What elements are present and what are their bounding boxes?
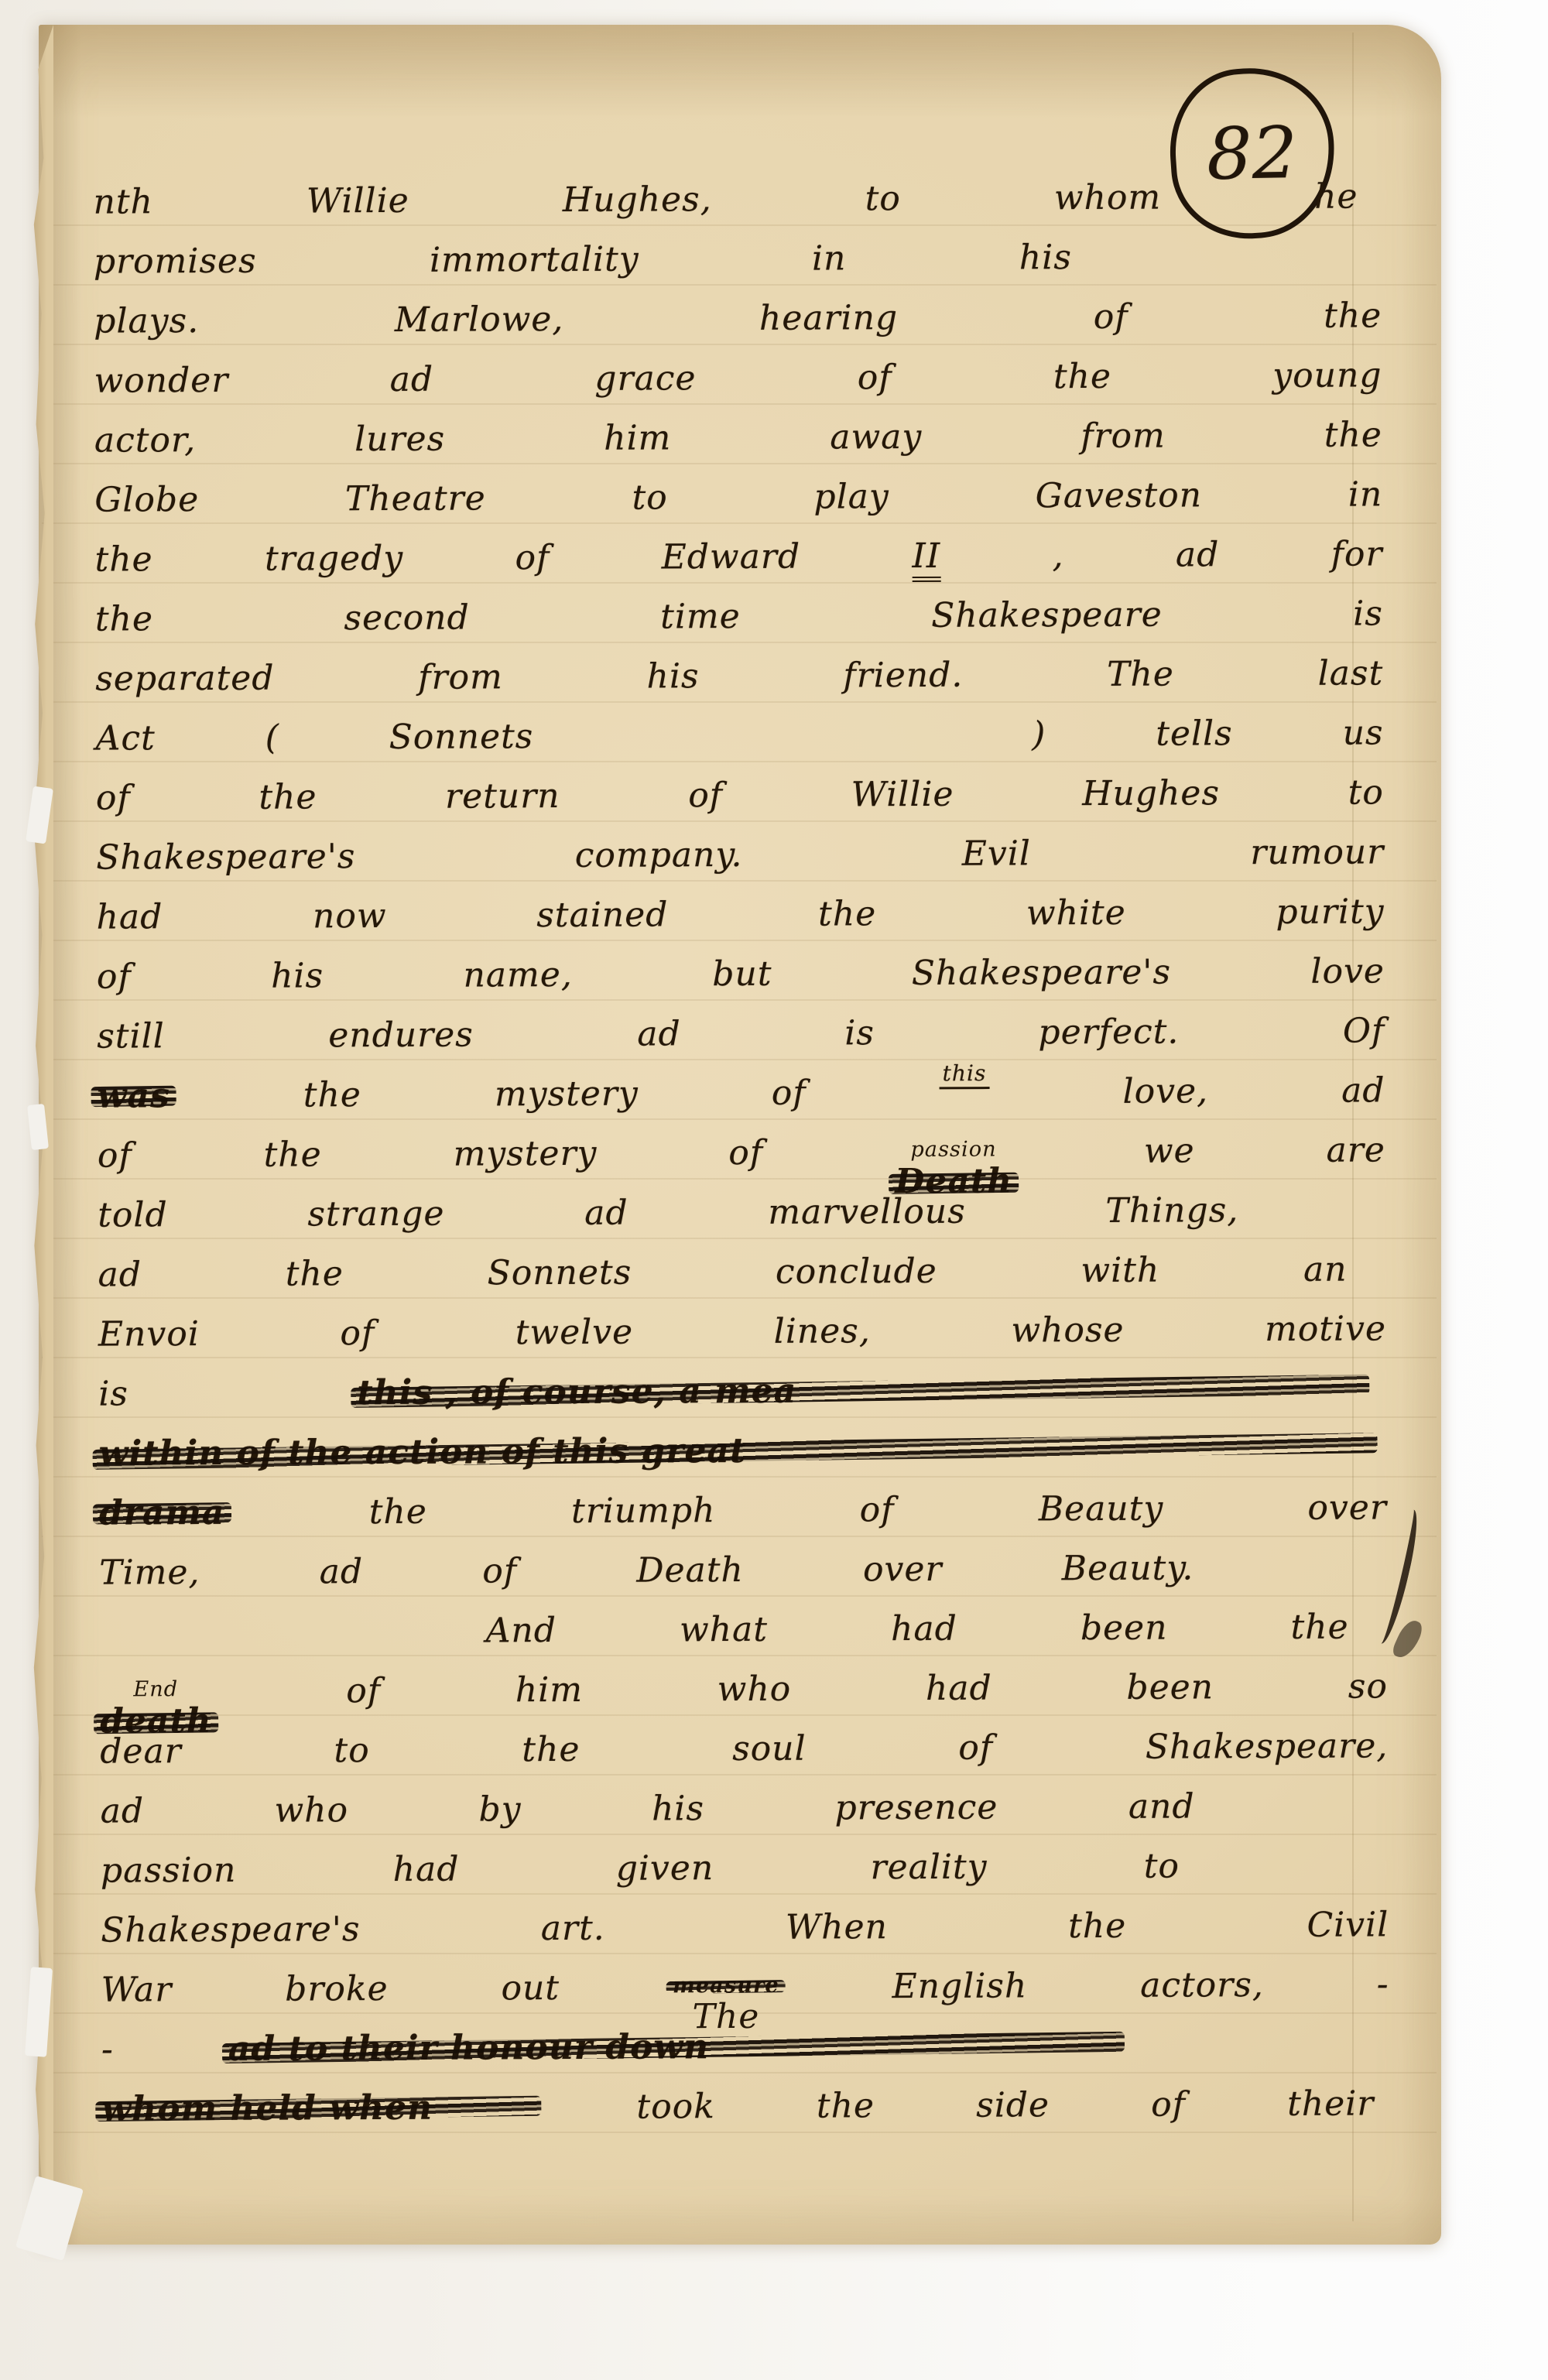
word: friend. bbox=[843, 656, 963, 696]
word: he bbox=[1314, 177, 1358, 217]
word: young bbox=[1272, 355, 1382, 396]
manuscript-line: deartothesoulofShakespeare, bbox=[92, 1726, 1396, 1791]
word: the bbox=[286, 1254, 344, 1293]
ink-blot bbox=[1391, 1617, 1426, 1662]
word: Shakespeare's bbox=[101, 1909, 360, 1950]
spacer bbox=[643, 745, 922, 748]
word: nth bbox=[93, 182, 153, 221]
word: to bbox=[1144, 1847, 1180, 1886]
manuscript-line: Time,adofDeathoverBeauty. bbox=[91, 1547, 1395, 1612]
word: whom held when bbox=[101, 2087, 535, 2128]
word: who bbox=[717, 1669, 792, 1709]
word: time bbox=[660, 597, 741, 636]
word: Things, bbox=[1105, 1190, 1238, 1231]
manuscript-line: Envoioftwelvelines,whosemotive bbox=[91, 1309, 1394, 1374]
manuscript-line: Act(Sonnets)tellsus bbox=[87, 713, 1391, 778]
scanned-manuscript-page: 82 nthWillieHughes,towhomhepromisesimmor… bbox=[0, 0, 1548, 2380]
manuscript-line: thetragedyofEdwardII,adfor bbox=[87, 534, 1390, 599]
manuscript-line: passionhadgivenrealityto bbox=[93, 1845, 1396, 1910]
revision-top: passion bbox=[910, 1139, 997, 1162]
word: of bbox=[858, 358, 892, 397]
word: separated bbox=[95, 659, 274, 699]
word: him bbox=[515, 1670, 583, 1710]
manuscript-line: adtheSonnetsconcludewithan bbox=[91, 1249, 1394, 1314]
manuscript-line: hadnowstainedthewhitepurity bbox=[88, 892, 1392, 957]
word: Sonnets bbox=[389, 717, 534, 757]
word: the bbox=[303, 1075, 361, 1115]
word: lines, bbox=[774, 1311, 871, 1351]
word: of bbox=[1094, 297, 1128, 337]
word: the bbox=[1324, 296, 1382, 335]
word: Shakespeare, bbox=[1146, 1726, 1389, 1766]
manuscript-line: -ad to their honour down bbox=[94, 2024, 1397, 2089]
word: of bbox=[958, 1728, 993, 1768]
word: his bbox=[646, 656, 699, 696]
manuscript-line: thesecondtimeShakespeareis bbox=[87, 594, 1391, 659]
word: Death bbox=[636, 1550, 744, 1591]
word: their bbox=[1287, 2084, 1374, 2123]
word: had bbox=[926, 1669, 992, 1708]
word: actor, bbox=[94, 420, 196, 461]
word: his bbox=[652, 1789, 704, 1828]
word: love bbox=[1310, 951, 1385, 991]
word: whom bbox=[1054, 178, 1161, 218]
word: of bbox=[728, 1133, 763, 1173]
word: Of bbox=[1343, 1011, 1385, 1050]
word: endures bbox=[328, 1015, 474, 1056]
word: The bbox=[1107, 655, 1174, 694]
word: to bbox=[632, 478, 667, 517]
word: within of the action of this great bbox=[99, 1428, 1372, 1473]
word: for bbox=[1331, 534, 1383, 574]
word: over bbox=[1307, 1488, 1387, 1527]
word: plays. bbox=[94, 301, 199, 341]
word: ad bbox=[98, 1255, 142, 1294]
word: in bbox=[1348, 474, 1383, 514]
word: Evil bbox=[962, 834, 1031, 873]
word: tells bbox=[1156, 714, 1233, 753]
word: promises bbox=[94, 241, 257, 282]
manuscript-line: isthis , of course, a mea bbox=[91, 1368, 1394, 1433]
word: white bbox=[1026, 893, 1126, 933]
manuscript-line: within of the action of this great bbox=[91, 1428, 1395, 1493]
word: of bbox=[346, 1671, 381, 1711]
word: the bbox=[1324, 415, 1382, 454]
word: the bbox=[264, 1135, 322, 1174]
word: had bbox=[393, 1850, 460, 1889]
revision-bottom: Death bbox=[895, 1163, 1012, 1200]
word: - bbox=[101, 2030, 114, 2070]
word: over bbox=[863, 1550, 943, 1589]
word: him bbox=[604, 418, 671, 457]
word: stained bbox=[536, 895, 668, 935]
word: given bbox=[616, 1848, 714, 1889]
word: art. bbox=[541, 1909, 605, 1948]
word: reality bbox=[870, 1847, 987, 1888]
word: the bbox=[94, 539, 152, 579]
manuscript-line: wasthemysteryofthislove,ad bbox=[90, 1070, 1393, 1135]
word: this , of course, a mea bbox=[357, 1368, 1363, 1413]
word: ad bbox=[1341, 1070, 1385, 1110]
word: perfect. bbox=[1038, 1012, 1179, 1053]
manuscript-line: dramathetriumphofBeautyover bbox=[91, 1488, 1395, 1553]
word: are bbox=[1326, 1130, 1385, 1169]
word: drama bbox=[99, 1493, 225, 1533]
word: side bbox=[976, 2085, 1050, 2125]
word: rumour bbox=[1250, 832, 1384, 872]
word: of bbox=[688, 776, 723, 815]
word: out bbox=[501, 1968, 560, 2008]
manuscript-line: Enddeathofhimwhohadbeenso bbox=[92, 1666, 1396, 1731]
word: play bbox=[813, 477, 889, 516]
word: whose bbox=[1011, 1310, 1124, 1351]
paper-sheet: 82 nthWillieHughes,towhomhepromisesimmor… bbox=[39, 25, 1441, 2245]
word: of bbox=[482, 1551, 517, 1591]
word: us bbox=[1343, 713, 1384, 752]
manuscript-line: toldstrangeadmarvellousThings, bbox=[90, 1190, 1393, 1255]
word: been bbox=[1081, 1608, 1168, 1648]
word: an bbox=[1303, 1250, 1348, 1289]
word: Shakespeare's bbox=[96, 837, 355, 877]
manuscript-line: Shakespeare'scompany.Evilrumour bbox=[88, 832, 1392, 897]
word: of bbox=[772, 1074, 807, 1113]
word: strange bbox=[307, 1194, 444, 1235]
word: War bbox=[101, 1970, 173, 2009]
word: Envoi bbox=[98, 1314, 200, 1354]
word: the bbox=[1068, 1906, 1126, 1946]
word: Willie bbox=[307, 181, 409, 221]
word: the bbox=[1053, 357, 1111, 396]
word: Theatre bbox=[345, 478, 486, 519]
word: of bbox=[860, 1490, 895, 1529]
stacked-revision: measureThe bbox=[673, 1974, 779, 2035]
spacer bbox=[100, 1642, 363, 1643]
word: presence bbox=[834, 1788, 998, 1828]
word: Shakespeare bbox=[931, 595, 1163, 635]
manuscript-line: ofthemysteryofpassionDeathweare bbox=[90, 1130, 1393, 1195]
manuscript-line: Andwhathadbeenthe bbox=[92, 1607, 1396, 1672]
word: immortality bbox=[430, 240, 639, 280]
word: purity bbox=[1276, 892, 1384, 932]
word: When bbox=[786, 1907, 888, 1947]
word: what bbox=[680, 1610, 768, 1649]
manuscript-line: GlobeTheatretoplayGavestonin bbox=[87, 474, 1390, 539]
word: and bbox=[1128, 1786, 1195, 1826]
word: ( bbox=[265, 718, 279, 758]
word: ad bbox=[320, 1552, 364, 1591]
word: last bbox=[1318, 653, 1384, 693]
word: English bbox=[892, 1966, 1027, 2006]
word: is bbox=[1353, 594, 1383, 633]
word: still bbox=[97, 1016, 165, 1056]
word: Edward bbox=[662, 537, 801, 577]
manuscript-line: actor,lureshimawayfromthe bbox=[87, 415, 1390, 480]
manuscript-line: adwhobyhispresenceand bbox=[93, 1786, 1396, 1851]
revision-top: measure bbox=[673, 1974, 779, 1997]
word: of bbox=[340, 1313, 375, 1353]
word: Hughes bbox=[1082, 773, 1220, 813]
word: tragedy bbox=[265, 539, 403, 579]
word: his bbox=[271, 956, 324, 995]
word: who bbox=[274, 1790, 348, 1830]
word: love, bbox=[1123, 1071, 1209, 1111]
word: return bbox=[445, 776, 560, 817]
word: Hughes, bbox=[563, 180, 712, 220]
word: the bbox=[522, 1730, 580, 1769]
word: the bbox=[817, 2086, 875, 2125]
word: the bbox=[818, 894, 876, 933]
word: Beauty. bbox=[1062, 1548, 1194, 1588]
word: ad to their honour down bbox=[228, 2026, 1118, 2069]
word: motive bbox=[1265, 1309, 1386, 1349]
stacked-revision: passionDeath bbox=[895, 1139, 1012, 1200]
word: Gaveston bbox=[1036, 475, 1203, 515]
revision-bottom: death bbox=[100, 1704, 212, 1740]
word: so bbox=[1348, 1666, 1388, 1706]
manuscript-line: whom held whentookthesideoftheir bbox=[94, 2084, 1397, 2149]
manuscript-line: nthWillieHughes,towhomhe bbox=[85, 176, 1389, 241]
word: passion bbox=[101, 1851, 237, 1891]
word: Sonnets bbox=[488, 1253, 632, 1293]
word: to bbox=[1348, 772, 1384, 812]
word: Time, bbox=[99, 1553, 200, 1593]
word: his bbox=[1019, 238, 1072, 277]
word: ad bbox=[637, 1014, 681, 1053]
word: of bbox=[96, 778, 131, 817]
word: the bbox=[369, 1492, 427, 1532]
word: was bbox=[98, 1076, 170, 1115]
word: ad bbox=[101, 1791, 145, 1830]
word: twelve bbox=[515, 1313, 634, 1353]
word: hearing bbox=[759, 298, 898, 338]
manuscript-line: ofthereturnofWillieHughesto bbox=[88, 772, 1392, 837]
word: broke bbox=[285, 1969, 389, 2009]
word: - bbox=[1377, 1964, 1389, 2004]
word: lures bbox=[354, 419, 445, 460]
stacked-revision: Enddeath bbox=[100, 1679, 212, 1739]
word: of bbox=[515, 538, 550, 577]
manuscript-line: stillenduresadisperfect.Of bbox=[89, 1011, 1392, 1076]
word: Globe bbox=[94, 480, 199, 520]
word: the bbox=[1290, 1608, 1348, 1647]
word: Civil bbox=[1307, 1905, 1389, 1944]
word: took bbox=[636, 2087, 715, 2126]
word: ad bbox=[1176, 535, 1220, 574]
word: been bbox=[1126, 1667, 1214, 1707]
manuscript-line: separatedfromhisfriend.Thelast bbox=[87, 653, 1391, 718]
word: from bbox=[1081, 416, 1166, 456]
word: of bbox=[98, 1135, 132, 1175]
word: to bbox=[865, 179, 901, 218]
word: company. bbox=[575, 835, 743, 875]
revision-top: End bbox=[133, 1679, 178, 1701]
word: grace bbox=[594, 358, 696, 399]
word: Beauty bbox=[1039, 1489, 1164, 1529]
word: of bbox=[97, 957, 132, 996]
word: II bbox=[912, 536, 940, 582]
manuscript-line: plays.Marlowe,hearingofthe bbox=[86, 296, 1389, 361]
manuscript-line: Shakespeare'sart.WhentheCivil bbox=[93, 1905, 1396, 1970]
word: Act bbox=[95, 718, 155, 758]
word: by bbox=[478, 1789, 521, 1829]
word: ) bbox=[1032, 714, 1046, 754]
word: actors, bbox=[1140, 1965, 1264, 2005]
word: of bbox=[1151, 2085, 1186, 2125]
word: Shakespeare's bbox=[912, 953, 1171, 993]
word: conclude bbox=[776, 1252, 937, 1292]
word: name, bbox=[463, 955, 573, 995]
word: we bbox=[1144, 1131, 1195, 1170]
word: wonder bbox=[94, 361, 228, 401]
word: is bbox=[98, 1374, 128, 1413]
word: told bbox=[98, 1195, 168, 1235]
word: ad bbox=[390, 360, 434, 399]
word: soul bbox=[732, 1729, 807, 1769]
word: had bbox=[96, 897, 163, 937]
word: had bbox=[891, 1609, 957, 1649]
word: with bbox=[1081, 1251, 1159, 1290]
manuscript-line: promisesimmortalityinhis bbox=[86, 236, 1389, 301]
word: mystery bbox=[495, 1074, 639, 1115]
manuscript-line: WarbrokeoutmeasureTheEnglishactors,- bbox=[94, 1964, 1397, 2029]
word: is bbox=[844, 1013, 875, 1053]
word: this bbox=[939, 1060, 989, 1089]
manuscript-line: ofhisname,butShakespeare'slove bbox=[89, 951, 1392, 1016]
word: triumph bbox=[571, 1491, 716, 1531]
word: And bbox=[486, 1611, 557, 1650]
word: from bbox=[418, 657, 503, 697]
torn-left-edge bbox=[32, 25, 53, 2245]
word: to bbox=[334, 1731, 369, 1770]
word: , bbox=[1052, 536, 1063, 575]
word: but bbox=[712, 954, 772, 994]
word: the bbox=[259, 777, 317, 817]
word: Marlowe, bbox=[395, 300, 564, 340]
word: mystery bbox=[454, 1134, 598, 1174]
word: Willie bbox=[851, 775, 954, 815]
manuscript-lines: nthWillieHughes,towhomhepromisesimmortal… bbox=[85, 176, 1397, 2149]
manuscript-line: wonderadgraceoftheyoung bbox=[86, 355, 1389, 420]
word: ad bbox=[584, 1193, 628, 1233]
word: away bbox=[830, 417, 922, 457]
word: now bbox=[313, 896, 387, 936]
word: second bbox=[344, 598, 469, 639]
word: in bbox=[812, 238, 847, 278]
word: the bbox=[95, 599, 153, 639]
